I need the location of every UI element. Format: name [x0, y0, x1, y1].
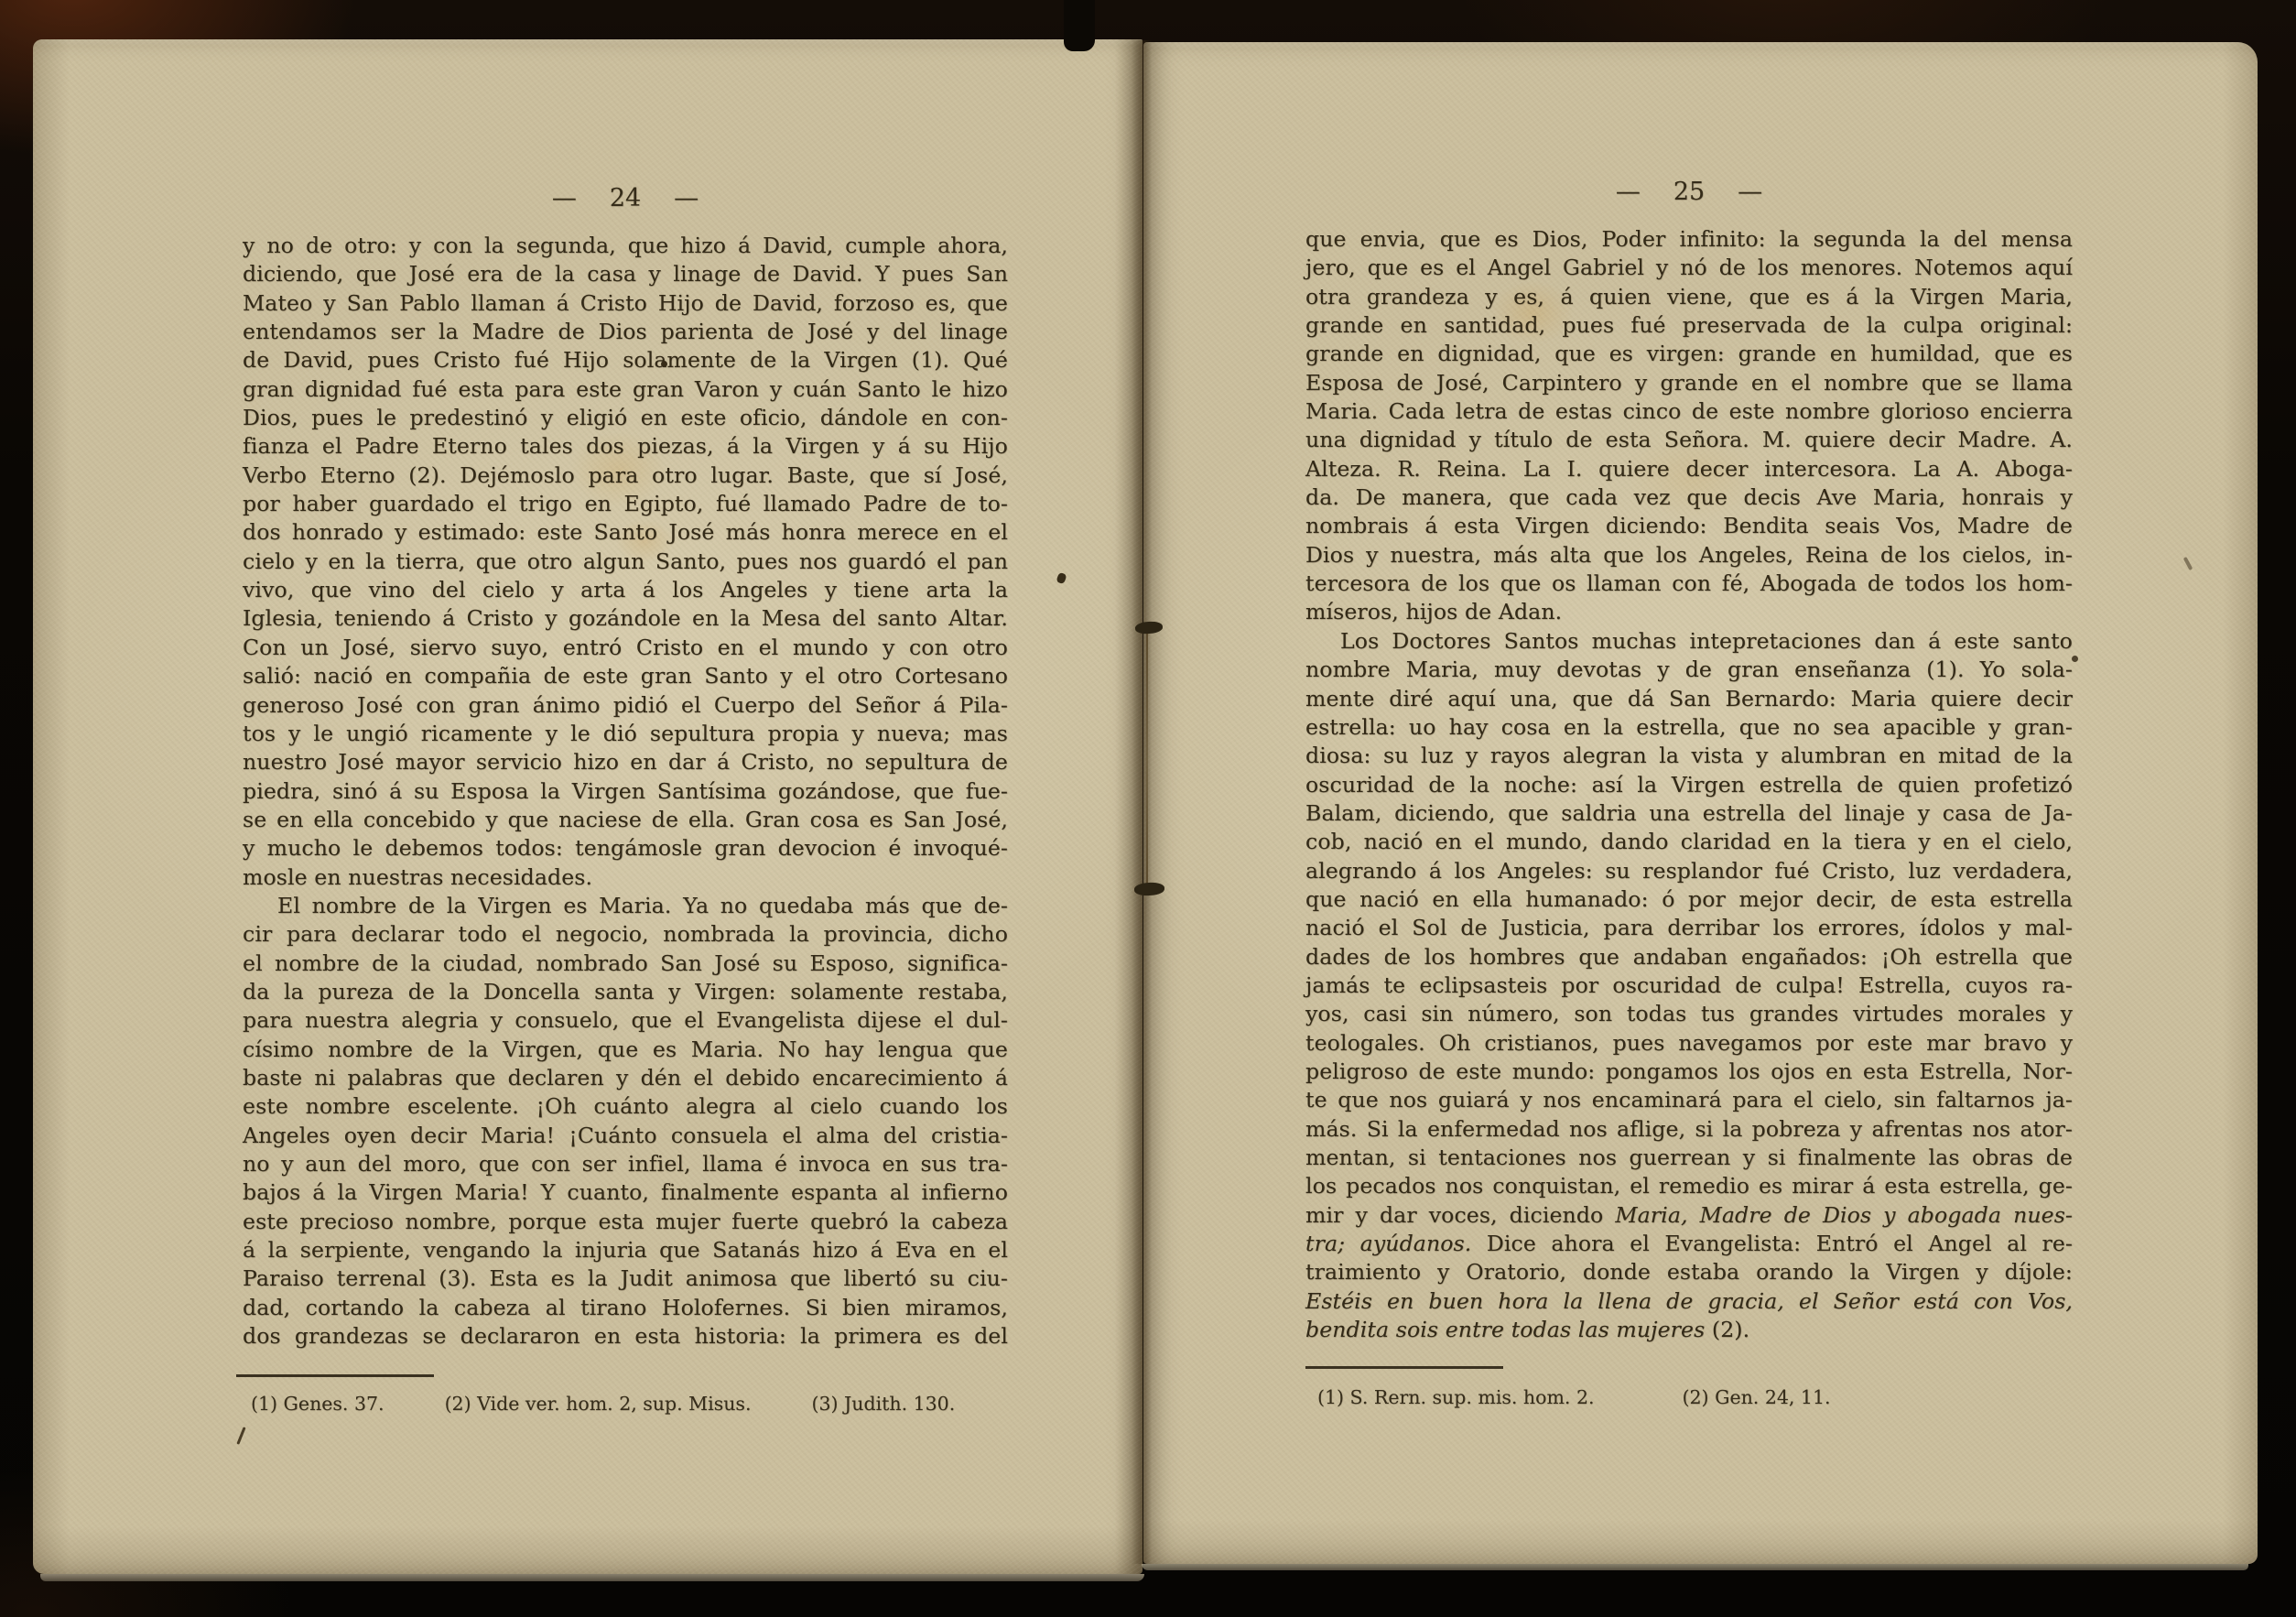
italic-text-segment: tra; ayúdanos. [1305, 1231, 1471, 1256]
text-segment: los pecados nos conquistan, el remedio e… [1305, 1173, 2073, 1199]
text-line: otra grandeza y es, á quien viene, que e… [1305, 283, 2073, 311]
text-segment: míseros, hijos de Adan. [1305, 599, 1562, 624]
text-segment: Angeles oyen decir Maria! ¡Cuánto consue… [243, 1123, 1008, 1148]
page-25: — 25 — que envia, que es Dios, Poder inf… [1143, 42, 2258, 1564]
folio-dash-left: — [552, 184, 577, 212]
text-line: gran dignidad fué esta para este gran Va… [243, 375, 1008, 404]
text-segment: que envia, que es Dios, Poder infinito: … [1305, 226, 2073, 252]
text-segment: Dice ahora el Evangelista: Entró el Ange… [1471, 1231, 2073, 1256]
text-segment: Esposa de José, Carpintero y grande en e… [1305, 370, 2073, 396]
text-segment: estrella: uo hay cosa en la estrella, qu… [1305, 714, 2073, 740]
text-line: diosa: su luz y rayos alegran la vista y… [1305, 742, 2073, 770]
text-line: Paraiso terrenal (3). Esta es la Judit a… [243, 1264, 1008, 1293]
ink-speck [661, 361, 667, 367]
text-segment: Dios y nuestra, más alta que los Angeles… [1305, 542, 2073, 568]
text-segment: piedra, sinó á su Esposa la Virgen Santí… [243, 778, 1008, 804]
text-segment: da la pureza de la Doncella santa y Virg… [243, 979, 1008, 1004]
text-line: el nombre de la ciudad, nombrado San Jos… [243, 950, 1008, 978]
text-segment: jero, que es el Angel Gabriel y nó de lo… [1305, 255, 2073, 280]
text-segment: y mucho le debemos todos: tengámosle gra… [243, 835, 1008, 861]
text-line: teologales. Oh cristianos, pues navegamo… [1305, 1029, 2073, 1058]
text-line: Esposa de José, Carpintero y grande en e… [1305, 369, 2073, 397]
text-line: Los Doctores Santos muchas intepretacion… [1305, 627, 2073, 656]
text-segment: Paraiso terrenal (3). Esta es la Judit a… [243, 1265, 1008, 1291]
text-line: peligroso de este mundo: pongamos los oj… [1305, 1058, 2073, 1086]
footnote-rule [1305, 1366, 1503, 1369]
text-line: los pecados nos conquistan, el remedio e… [1305, 1172, 2073, 1200]
text-line: piedra, sinó á su Esposa la Virgen Santí… [243, 777, 1008, 806]
text-line: fianza el Padre Eterno tales dos piezas,… [243, 432, 1008, 461]
text-segment: traimiento y Oratorio, donde estaba oran… [1305, 1259, 2073, 1285]
folio-dash-left: — [1616, 178, 1641, 206]
text-segment: Verbo Eterno (2). Dejémoslo para otro lu… [243, 462, 1008, 488]
text-segment: este nombre escelente. ¡Oh cuánto alegra… [243, 1093, 1008, 1119]
ink-speck [2072, 656, 2078, 662]
text-segment: císimo nombre de la Virgen, que es Maria… [243, 1036, 1008, 1062]
text-segment: una dignidad y título de esta Señora. M.… [1305, 427, 2073, 452]
text-segment: peligroso de este mundo: pongamos los oj… [1305, 1058, 2073, 1084]
text-segment: dades de los hombres que andaban engañad… [1305, 944, 2073, 970]
text-segment: nació el Sol de Justicia, para derribar … [1305, 915, 2073, 940]
text-line: que envia, que es Dios, Poder infinito: … [1305, 225, 2073, 254]
text-line: nombrais á esta Virgen diciendo: Bendita… [1305, 512, 2073, 540]
text-line: nombre Maria, muy devotas y de gran ense… [1305, 656, 2073, 684]
text-line: estrella: uo hay cosa en la estrella, qu… [1305, 713, 2073, 742]
footnote: (1) S. Rern. sup. mis. hom. 2. [1317, 1386, 1595, 1408]
text-line: dad, cortando la cabeza al tirano Holofe… [243, 1294, 1008, 1322]
text-segment: nombre Maria, muy devotas y de gran ense… [1305, 657, 2073, 682]
text-line: Verbo Eterno (2). Dejémoslo para otro lu… [243, 461, 1008, 490]
text-segment: de David, pues Cristo fué Hijo solamente… [243, 347, 1008, 373]
page-24-folio: — 24 — [243, 184, 1008, 212]
text-segment: entendamos ser la Madre de Dios parienta… [243, 319, 1008, 344]
text-line: vivo, que vino del cielo y arta á los An… [243, 576, 1008, 604]
page-number: 24 [610, 184, 641, 212]
text-line: nació el Sol de Justicia, para derribar … [1305, 914, 2073, 942]
text-line: generoso José con gran ánimo pidió el Cu… [243, 691, 1008, 720]
text-segment: diciendo, que José era de la casa y lina… [243, 261, 1008, 287]
text-line: mentan, si tentaciones nos guerrean y si… [1305, 1144, 2073, 1172]
text-segment: Balam, diciendo, que saldria una estrell… [1305, 800, 2073, 826]
text-line: alegrando á los Angeles: su resplandor f… [1305, 857, 2073, 885]
text-segment: y no de otro: y con la segunda, que hizo… [243, 233, 1008, 258]
text-segment: yos, casi sin número, son todas tus gran… [1305, 1001, 2073, 1026]
text-segment: grande en dignidad, que es virgen: grand… [1305, 341, 2073, 366]
page-24-footnotes: (1) Genes. 37. (2) Vide ver. hom. 2, sup… [251, 1393, 955, 1415]
text-line: una dignidad y título de esta Señora. M.… [1305, 426, 2073, 454]
text-segment: tos y le ungió ricamente y le dió sepult… [243, 721, 1008, 746]
text-segment: baste ni palabras que declaren y dén el … [243, 1065, 1008, 1091]
text-line: salió: nació en compañia de este gran Sa… [243, 662, 1008, 690]
text-line: cielo y en la tierra, que otro algun San… [243, 548, 1008, 576]
text-line: grande en santidad, pues fué preservada … [1305, 311, 2073, 340]
text-segment: Con un José, siervo suyo, entró Cristo e… [243, 635, 1008, 660]
page-24: — 24 — y no de otro: y con la segunda, q… [33, 39, 1143, 1574]
footnote: (2) Gen. 24, 11. [1683, 1386, 1831, 1408]
text-segment: á la serpiente, vengando la injuria que … [243, 1237, 1008, 1263]
folio-dash-right: — [674, 184, 699, 212]
text-line: Iglesia, teniendo á Cristo y gozándole e… [243, 604, 1008, 633]
text-segment: dos honrado y estimado: este Santo José … [243, 519, 1008, 545]
text-segment: para nuestra alegria y consuelo, que el … [243, 1007, 1008, 1033]
page-24-text: y no de otro: y con la segunda, que hizo… [243, 232, 1008, 1351]
text-segment: otra grandeza y es, á quien viene, que e… [1305, 284, 2073, 309]
italic-text-segment: Estéis en buen hora la llena de gracia, … [1305, 1288, 2073, 1314]
text-line: dos honrado y estimado: este Santo José … [243, 518, 1008, 547]
text-line: jamás te eclipsasteis por oscuridad de c… [1305, 971, 2073, 1000]
text-segment: El nombre de la Virgen es Maria. Ya no q… [277, 893, 1008, 918]
text-line: oscuridad de la noche: así la Virgen est… [1305, 771, 2073, 799]
text-line: bendita sois entre todas las mujeres (2)… [1305, 1316, 2073, 1344]
text-segment: tercesora de los que os llaman con fé, A… [1305, 570, 2073, 596]
text-line: Angeles oyen decir Maria! ¡Cuánto consue… [243, 1122, 1008, 1150]
text-segment: Dios, pues le predestinó y eligió en est… [243, 405, 1008, 430]
text-line: te que nos guiará y nos encaminará para … [1305, 1086, 2073, 1114]
text-segment: gran dignidad fué esta para este gran Va… [243, 376, 1008, 402]
text-segment: generoso José con gran ánimo pidió el Cu… [243, 692, 1008, 718]
text-segment: se en ella concebido y que naciese de el… [243, 807, 1008, 832]
text-line: y mucho le debemos todos: tengámosle gra… [243, 834, 1008, 863]
text-line: yos, casi sin número, son todas tus gran… [1305, 1000, 2073, 1028]
text-segment: cob, nació en el mundo, dando claridad e… [1305, 829, 2073, 854]
text-line: míseros, hijos de Adan. [1305, 598, 2073, 626]
text-line: mir y dar voces, diciendo Maria, Madre d… [1305, 1201, 2073, 1230]
text-line: tos y le ungió ricamente y le dió sepult… [243, 720, 1008, 748]
text-segment: fianza el Padre Eterno tales dos piezas,… [243, 433, 1008, 459]
text-line: no y aun del moro, que con ser infiel, l… [243, 1150, 1008, 1178]
text-line: este precioso nombre, porque esta mujer … [243, 1208, 1008, 1236]
text-segment: no y aun del moro, que con ser infiel, l… [243, 1151, 1008, 1177]
text-line: císimo nombre de la Virgen, que es Maria… [243, 1036, 1008, 1064]
text-segment: este precioso nombre, porque esta mujer … [243, 1209, 1008, 1234]
text-segment: cir para declarar todo el negocio, nombr… [243, 921, 1008, 947]
text-segment: alegrando á los Angeles: su resplandor f… [1305, 858, 2073, 884]
page-number: 25 [1673, 178, 1705, 206]
italic-text-segment: Maria, Madre de Dios y abogada nues- [1615, 1202, 2073, 1228]
text-line: por haber guardado el trigo en Egipto, f… [243, 490, 1008, 518]
text-segment: salió: nació en compañia de este gran Sa… [243, 663, 1008, 689]
text-segment: mentan, si tentaciones nos guerrean y si… [1305, 1145, 2073, 1170]
footnote-rule [236, 1374, 434, 1377]
text-segment: jamás te eclipsasteis por oscuridad de c… [1305, 972, 2073, 998]
text-line: de David, pues Cristo fué Hijo solamente… [243, 346, 1008, 374]
text-segment: que nació en ella humanado: ó por mejor … [1305, 886, 2073, 912]
text-line: á la serpiente, vengando la injuria que … [243, 1236, 1008, 1264]
text-segment: Mateo y San Pablo llaman á Cristo Hijo d… [243, 290, 1008, 316]
footnote: (2) Vide ver. hom. 2, sup. Misus. [445, 1393, 752, 1415]
text-line: para nuestra alegria y consuelo, que el … [243, 1006, 1008, 1035]
text-segment: Maria. Cada letra de estas cinco de este… [1305, 398, 2073, 424]
text-segment: bajos á la Virgen Maria! Y cuanto, final… [243, 1179, 1008, 1205]
text-segment: oscuridad de la noche: así la Virgen est… [1305, 772, 2073, 798]
page-25-folio: — 25 — [1305, 178, 2073, 206]
text-segment: nuestro José mayor servicio hizo en dar … [243, 749, 1008, 775]
text-segment: te que nos guiará y nos encaminará para … [1305, 1087, 2073, 1112]
text-segment: dos grandezas se declararon en esta hist… [243, 1323, 1008, 1349]
text-segment: el nombre de la ciudad, nombrado San Jos… [243, 950, 1008, 976]
text-line: que nació en ella humanado: ó por mejor … [1305, 885, 2073, 914]
page-25-text: que envia, que es Dios, Poder infinito: … [1305, 225, 2073, 1344]
text-line: traimiento y Oratorio, donde estaba oran… [1305, 1258, 2073, 1286]
footnote: (3) Judith. 130. [811, 1393, 955, 1415]
text-line: cob, nació en el mundo, dando claridad e… [1305, 828, 2073, 856]
text-segment: más. Si la enfermedad nos aflige, si la … [1305, 1116, 2073, 1142]
text-line: grande en dignidad, que es virgen: grand… [1305, 340, 2073, 368]
text-line: dades de los hombres que andaban engañad… [1305, 943, 2073, 971]
text-line: más. Si la enfermedad nos aflige, si la … [1305, 1115, 2073, 1144]
text-line: El nombre de la Virgen es Maria. Ya no q… [243, 892, 1008, 920]
binding-thread [1146, 634, 1148, 888]
text-segment: teologales. Oh cristianos, pues navegamo… [1305, 1030, 2073, 1056]
italic-text-segment: bendita sois entre todas las mujeres [1305, 1317, 1712, 1342]
text-segment: mente diré aquí una, que dá San Bernardo… [1305, 686, 2073, 711]
text-line: Alteza. R. Reina. La I. quiere decer int… [1305, 455, 2073, 483]
text-line: tercesora de los que os llaman con fé, A… [1305, 570, 2073, 598]
text-line: este nombre escelente. ¡Oh cuánto alegra… [243, 1092, 1008, 1121]
text-line: entendamos ser la Madre de Dios parienta… [243, 318, 1008, 346]
text-segment: Los Doctores Santos muchas intepretacion… [1340, 628, 2073, 654]
text-segment: nombrais á esta Virgen diciendo: Bendita… [1305, 513, 2073, 538]
text-line: da. De manera, que cada vez que decis Av… [1305, 483, 2073, 512]
text-segment: grande en santidad, pues fué preservada … [1305, 312, 2073, 338]
text-line: cir para declarar todo el negocio, nombr… [243, 920, 1008, 949]
folio-dash-right: — [1738, 178, 1762, 206]
text-line: Dios y nuestra, más alta que los Angeles… [1305, 541, 2073, 570]
page-25-footnotes: (1) S. Rern. sup. mis. hom. 2. (2) Gen. … [1317, 1386, 1831, 1408]
text-line: Mateo y San Pablo llaman á Cristo Hijo d… [243, 289, 1008, 318]
text-line: dos grandezas se declararon en esta hist… [243, 1322, 1008, 1351]
text-line: Con un José, siervo suyo, entró Cristo e… [243, 634, 1008, 662]
text-line: Estéis en buen hora la llena de gracia, … [1305, 1287, 2073, 1316]
footnote: (1) Genes. 37. [251, 1393, 384, 1415]
text-line: se en ella concebido y que naciese de el… [243, 806, 1008, 834]
text-line: mosle en nuestras necesidades. [243, 863, 1008, 892]
gutter-top-notch [1064, 0, 1095, 51]
text-segment: por haber guardado el trigo en Egipto, f… [243, 491, 1008, 516]
text-line: mente diré aquí una, que dá San Bernardo… [1305, 685, 2073, 713]
text-line: da la pureza de la Doncella santa y Virg… [243, 978, 1008, 1006]
text-line: Balam, diciendo, que saldria una estrell… [1305, 799, 2073, 828]
text-line: tra; ayúdanos. Dice ahora el Evangelista… [1305, 1230, 2073, 1258]
text-segment: mir y dar voces, diciendo [1305, 1202, 1615, 1228]
text-segment: (2). [1712, 1317, 1749, 1342]
text-segment: Alteza. R. Reina. La I. quiere decer int… [1305, 456, 2073, 482]
text-line: Maria. Cada letra de estas cinco de este… [1305, 397, 2073, 426]
text-line: diciendo, que José era de la casa y lina… [243, 260, 1008, 288]
text-segment: da. De manera, que cada vez que decis Av… [1305, 484, 2073, 510]
text-line: nuestro José mayor servicio hizo en dar … [243, 748, 1008, 776]
text-segment: vivo, que vino del cielo y arta á los An… [243, 577, 1008, 602]
text-line: y no de otro: y con la segunda, que hizo… [243, 232, 1008, 260]
book-scan-spread: — 24 — y no de otro: y con la segunda, q… [0, 0, 2296, 1617]
text-segment: dad, cortando la cabeza al tirano Holofe… [243, 1295, 1008, 1320]
text-segment: diosa: su luz y rayos alegran la vista y… [1305, 743, 2073, 768]
text-line: baste ni palabras que declaren y dén el … [243, 1064, 1008, 1092]
text-segment: mosle en nuestras necesidades. [243, 864, 592, 890]
text-line: Dios, pues le predestinó y eligió en est… [243, 404, 1008, 432]
text-segment: cielo y en la tierra, que otro algun San… [243, 548, 1008, 574]
text-line: bajos á la Virgen Maria! Y cuanto, final… [243, 1178, 1008, 1207]
text-line: jero, que es el Angel Gabriel y nó de lo… [1305, 254, 2073, 282]
text-segment: Iglesia, teniendo á Cristo y gozándole e… [243, 605, 1008, 631]
